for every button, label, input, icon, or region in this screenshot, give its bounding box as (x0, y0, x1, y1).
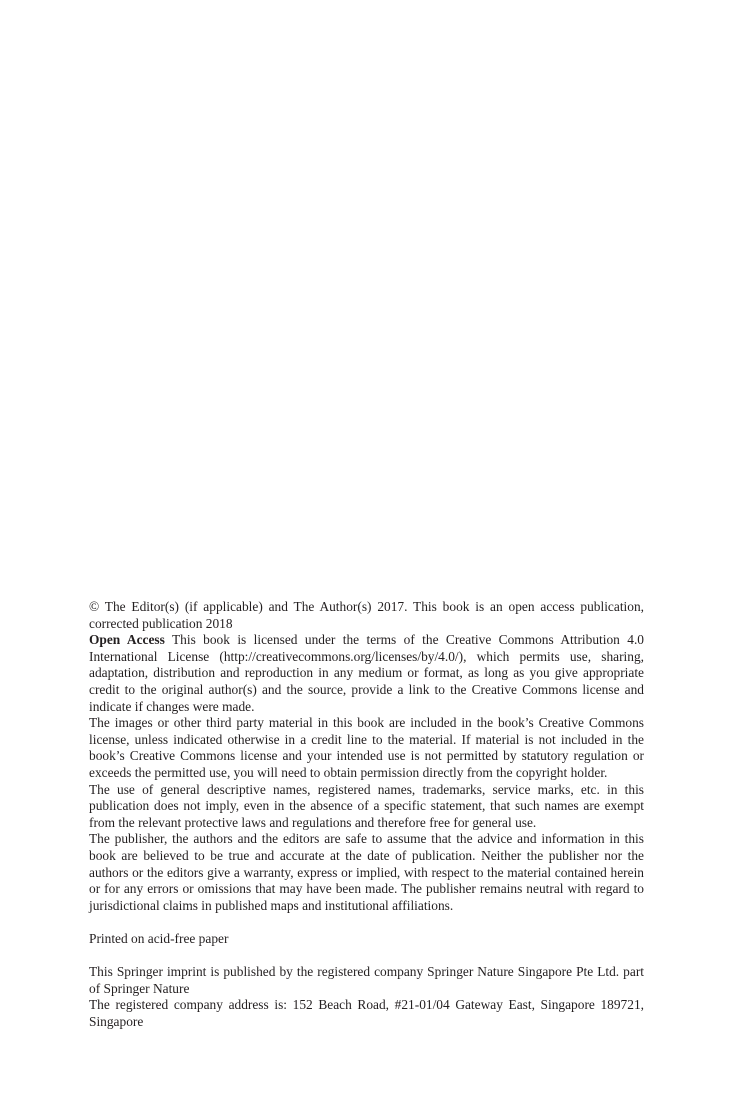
paper-note: Printed on acid-free paper (89, 931, 644, 948)
copyright-notice: © The Editor(s) (if applicable) and The … (89, 599, 644, 632)
open-access-label: Open Access (89, 632, 165, 647)
imprint-statement: This Springer imprint is published by th… (89, 964, 644, 997)
publisher-disclaimer: The publisher, the authors and the edito… (89, 831, 644, 914)
spacer (89, 947, 644, 964)
third-party-material-notice: The images or other third party material… (89, 715, 644, 781)
company-address: The registered company address is: 152 B… (89, 997, 644, 1030)
copyright-page: © The Editor(s) (if applicable) and The … (0, 0, 732, 1110)
copyright-block: © The Editor(s) (if applicable) and The … (89, 599, 644, 1030)
open-access-statement: Open Access This book is licensed under … (89, 632, 644, 715)
trademark-notice: The use of general descriptive names, re… (89, 782, 644, 832)
open-access-text: This book is licensed under the terms of… (89, 632, 644, 713)
spacer (89, 914, 644, 931)
